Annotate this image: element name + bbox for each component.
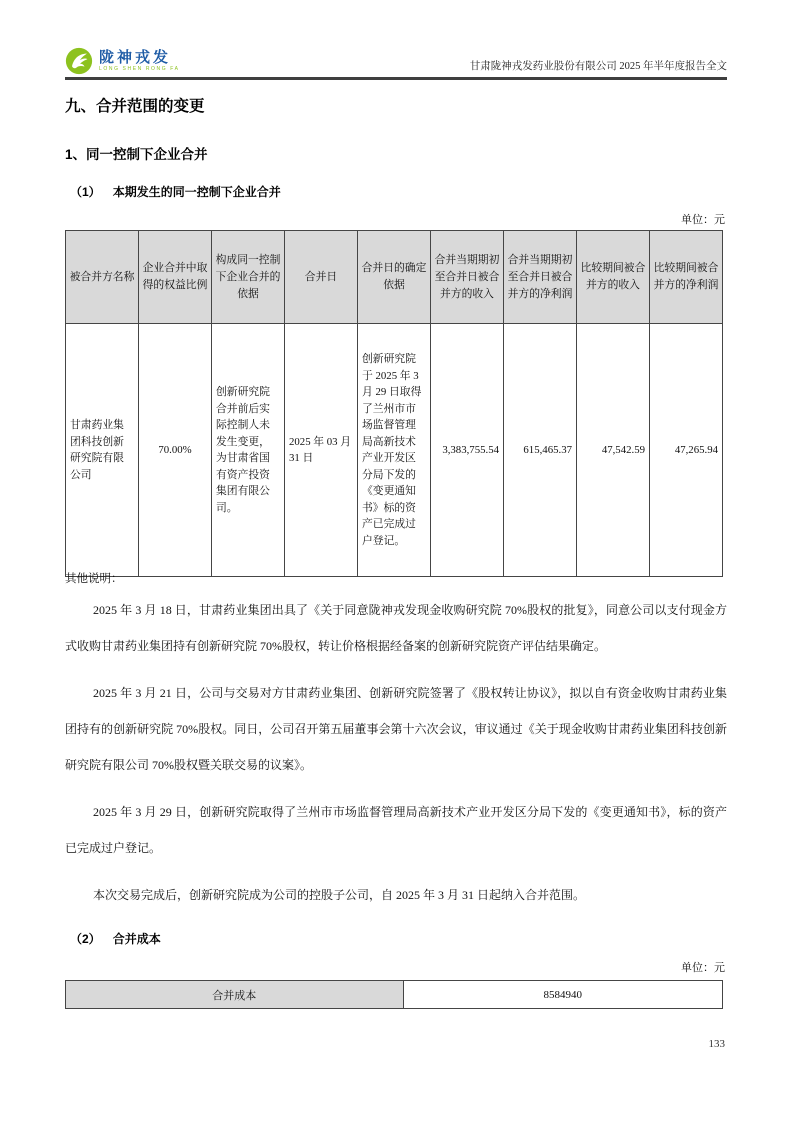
item1-title: 本期发生的同一控制下企业合并 bbox=[113, 185, 281, 199]
col-merger-date: 合并日 bbox=[285, 231, 358, 324]
subsection-heading: 1、同一控制下企业合并 bbox=[65, 143, 208, 163]
note-paragraph-4: 本次交易完成后，创新研究院成为公司的控股子公司，自 2025 年 3 月 31 … bbox=[65, 877, 727, 913]
col-profit-current: 合并当期期初至合并日被合并方的净利润 bbox=[504, 231, 577, 324]
report-page: 陇神戎发 LONG SHEN RONG FA 甘肃陇神戎发药业股份有限公司 20… bbox=[0, 0, 793, 1122]
merger-cost-table: 合并成本 8584940 bbox=[65, 980, 723, 1009]
cell-date-basis: 创新研究院于 2025 年 3 月 29 日取得了兰州市市场监督管理局高新技术产… bbox=[358, 324, 431, 577]
cell-profit-current: 615,465.37 bbox=[504, 324, 577, 577]
page-number: 133 bbox=[65, 1038, 725, 1050]
col-profit-compare: 比较期间被合并方的净利润 bbox=[650, 231, 723, 324]
cell-equity-ratio: 70.00% bbox=[139, 324, 212, 577]
merger-cost-label: 合并成本 bbox=[66, 981, 404, 1009]
logo-company-name: 陇神戎发 bbox=[99, 50, 180, 65]
logo-company-name-pinyin: LONG SHEN RONG FA bbox=[99, 67, 180, 72]
item2-title: 合并成本 bbox=[113, 932, 161, 946]
cell-revenue-compare: 47,542.59 bbox=[577, 324, 650, 577]
item1-heading: （1）本期发生的同一控制下企业合并 bbox=[70, 183, 281, 200]
col-revenue-compare: 比较期间被合并方的收入 bbox=[577, 231, 650, 324]
cell-merger-date: 2025 年 03 月 31 日 bbox=[285, 324, 358, 577]
item2-number: （2） bbox=[70, 932, 101, 946]
other-notes-label: 其他说明： bbox=[65, 570, 123, 586]
logo-text-block: 陇神戎发 LONG SHEN RONG FA bbox=[99, 50, 180, 72]
cell-revenue-current: 3,383,755.54 bbox=[431, 324, 504, 577]
col-date-basis: 合并日的确定依据 bbox=[358, 231, 431, 324]
item2-heading: （2）合并成本 bbox=[70, 930, 161, 947]
cell-merged-party-name: 甘肃药业集团科技创新研究院有限公司 bbox=[66, 324, 139, 577]
col-basis-same-control: 构成同一控制下企业合并的依据 bbox=[212, 231, 285, 324]
merger-table: 被合并方名称 企业合并中取得的权益比例 构成同一控制下企业合并的依据 合并日 合… bbox=[65, 230, 723, 577]
merger-table-data-row: 甘肃药业集团科技创新研究院有限公司 70.00% 创新研究院合并前后实际控制人未… bbox=[66, 324, 723, 577]
item1-number: （1） bbox=[70, 185, 101, 199]
merger-cost-row: 合并成本 8584940 bbox=[66, 981, 723, 1009]
col-equity-ratio: 企业合并中取得的权益比例 bbox=[139, 231, 212, 324]
report-title: 甘肃陇神戎发药业股份有限公司 2025 年半年度报告全文 bbox=[470, 58, 727, 77]
unit-label-1: 单位：元 bbox=[65, 211, 725, 227]
section-heading: 九、合并范围的变更 bbox=[65, 94, 205, 116]
note-paragraph-1: 2025 年 3 月 18 日，甘肃药业集团出具了《关于同意陇神戎发现金收购研究… bbox=[65, 592, 727, 664]
cell-profit-compare: 47,265.94 bbox=[650, 324, 723, 577]
cell-basis-same-control: 创新研究院合并前后实际控制人未发生变更，为甘肃省国有资产投资集团有限公司。 bbox=[212, 324, 285, 577]
logo-bird-icon bbox=[65, 47, 93, 75]
unit-label-2: 单位：元 bbox=[65, 959, 725, 975]
note-paragraph-2: 2025 年 3 月 21 日，公司与交易对方甘肃药业集团、创新研究院签署了《股… bbox=[65, 675, 727, 783]
col-revenue-current: 合并当期期初至合并日被合并方的收入 bbox=[431, 231, 504, 324]
page-header: 陇神戎发 LONG SHEN RONG FA 甘肃陇神戎发药业股份有限公司 20… bbox=[65, 42, 727, 80]
merger-table-header-row: 被合并方名称 企业合并中取得的权益比例 构成同一控制下企业合并的依据 合并日 合… bbox=[66, 231, 723, 324]
col-merged-party-name: 被合并方名称 bbox=[66, 231, 139, 324]
other-notes-body: 2025 年 3 月 18 日，甘肃药业集团出具了《关于同意陇神戎发现金收购研究… bbox=[65, 592, 727, 924]
merger-cost-value: 8584940 bbox=[403, 981, 723, 1009]
company-logo: 陇神戎发 LONG SHEN RONG FA bbox=[65, 47, 180, 77]
note-paragraph-3: 2025 年 3 月 29 日，创新研究院取得了兰州市市场监督管理局高新技术产业… bbox=[65, 794, 727, 866]
